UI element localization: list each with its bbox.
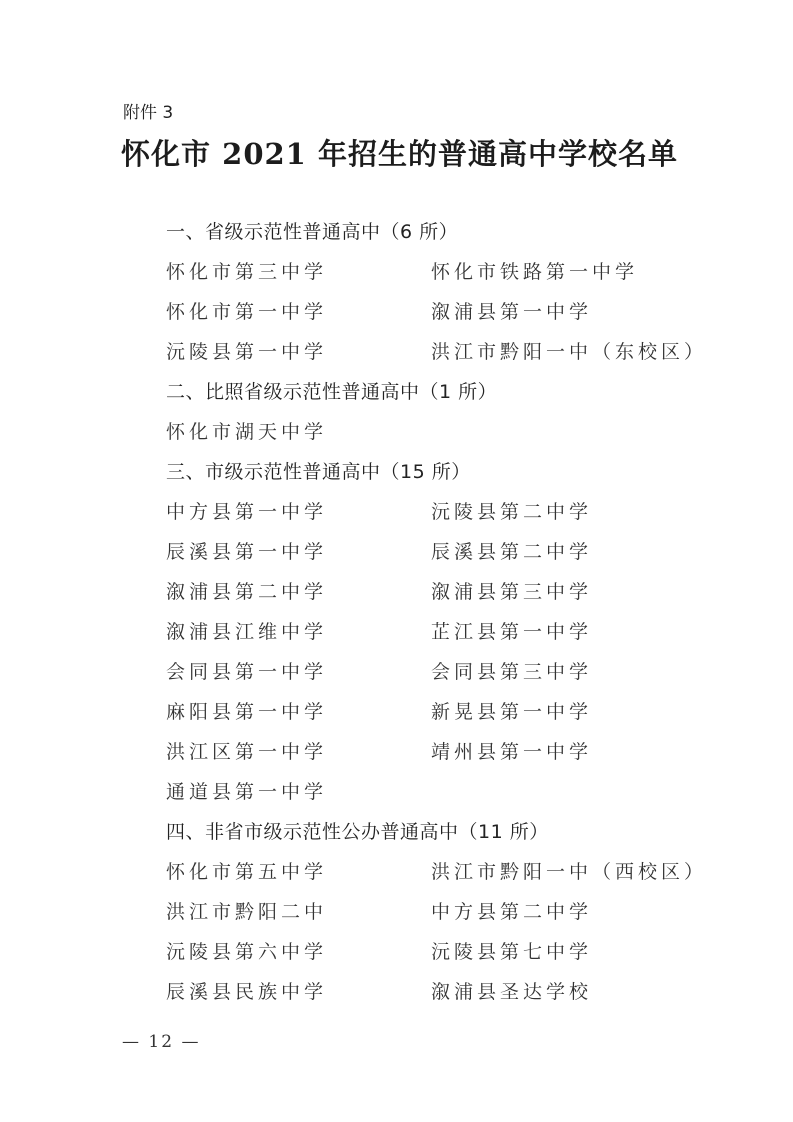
list-row: 怀化市第五中学 洪江市黔阳一中（西校区） — [166, 852, 726, 892]
list-row: 洪江区第一中学 靖州县第一中学 — [166, 732, 726, 772]
school-name: 怀化市第五中学 — [166, 852, 327, 892]
list-row: 辰溪县第一中学 辰溪县第二中学 — [166, 532, 726, 572]
attachment-label: 附件 3 — [123, 98, 173, 123]
school-name: 麻阳县第一中学 — [166, 692, 327, 732]
school-name: 洪江市黔阳二中 — [166, 892, 327, 932]
school-name: 怀化市铁路第一中学 — [431, 252, 638, 292]
school-list: 一、省级示范性普通高中（6 所） 怀化市第三中学 怀化市铁路第一中学 怀化市第一… — [166, 212, 726, 1012]
school-name: 溆浦县第一中学 — [431, 292, 592, 332]
school-name: 芷江县第一中学 — [431, 612, 592, 652]
list-row: 怀化市湖天中学 — [166, 412, 726, 452]
school-name: 中方县第二中学 — [431, 892, 592, 932]
list-row: 怀化市第一中学 溆浦县第一中学 — [166, 292, 726, 332]
list-row: 沅陵县第六中学 沅陵县第七中学 — [166, 932, 726, 972]
list-row: 麻阳县第一中学 新晃县第一中学 — [166, 692, 726, 732]
school-name: 溆浦县第二中学 — [166, 572, 327, 612]
school-name: 沅陵县第七中学 — [431, 932, 592, 972]
school-name: 沅陵县第六中学 — [166, 932, 327, 972]
list-row: 溆浦县江维中学 芷江县第一中学 — [166, 612, 726, 652]
school-name: 辰溪县第一中学 — [166, 532, 327, 572]
school-name: 中方县第一中学 — [166, 492, 327, 532]
school-name: 怀化市湖天中学 — [166, 412, 327, 452]
school-name: 沅陵县第一中学 — [166, 332, 327, 372]
school-name: 溆浦县第三中学 — [431, 572, 592, 612]
school-name: 通道县第一中学 — [166, 772, 327, 812]
school-name: 怀化市第三中学 — [166, 252, 327, 292]
section-heading-provincial: 一、省级示范性普通高中（6 所） — [166, 212, 726, 252]
section-heading-municipal: 三、市级示范性普通高中（15 所） — [166, 452, 726, 492]
list-row: 溆浦县第二中学 溆浦县第三中学 — [166, 572, 726, 612]
school-name: 会同县第三中学 — [431, 652, 592, 692]
school-name: 辰溪县民族中学 — [166, 972, 327, 1012]
list-row: 怀化市第三中学 怀化市铁路第一中学 — [166, 252, 726, 292]
section-heading-comparable-provincial: 二、比照省级示范性普通高中（1 所） — [166, 372, 726, 412]
school-name: 洪江市黔阳一中（西校区） — [431, 852, 707, 892]
school-name: 会同县第一中学 — [166, 652, 327, 692]
school-name: 洪江区第一中学 — [166, 732, 327, 772]
list-row: 洪江市黔阳二中 中方县第二中学 — [166, 892, 726, 932]
school-name: 沅陵县第二中学 — [431, 492, 592, 532]
list-row: 辰溪县民族中学 溆浦县圣达学校 — [166, 972, 726, 1012]
document-title: 怀化市 2021 年招生的普通高中学校名单 — [0, 132, 793, 173]
school-name: 怀化市第一中学 — [166, 292, 327, 332]
school-name: 靖州县第一中学 — [431, 732, 592, 772]
school-name: 溆浦县圣达学校 — [431, 972, 592, 1012]
school-name: 溆浦县江维中学 — [166, 612, 327, 652]
section-heading-non-demonstration: 四、非省市级示范性公办普通高中（11 所） — [166, 812, 726, 852]
page-number: — 12 — — [122, 1032, 200, 1052]
list-row: 会同县第一中学 会同县第三中学 — [166, 652, 726, 692]
list-row: 中方县第一中学 沅陵县第二中学 — [166, 492, 726, 532]
school-name: 新晃县第一中学 — [431, 692, 592, 732]
list-row: 沅陵县第一中学 洪江市黔阳一中（东校区） — [166, 332, 726, 372]
school-name: 洪江市黔阳一中（东校区） — [431, 332, 707, 372]
school-name: 辰溪县第二中学 — [431, 532, 592, 572]
list-row: 通道县第一中学 — [166, 772, 726, 812]
